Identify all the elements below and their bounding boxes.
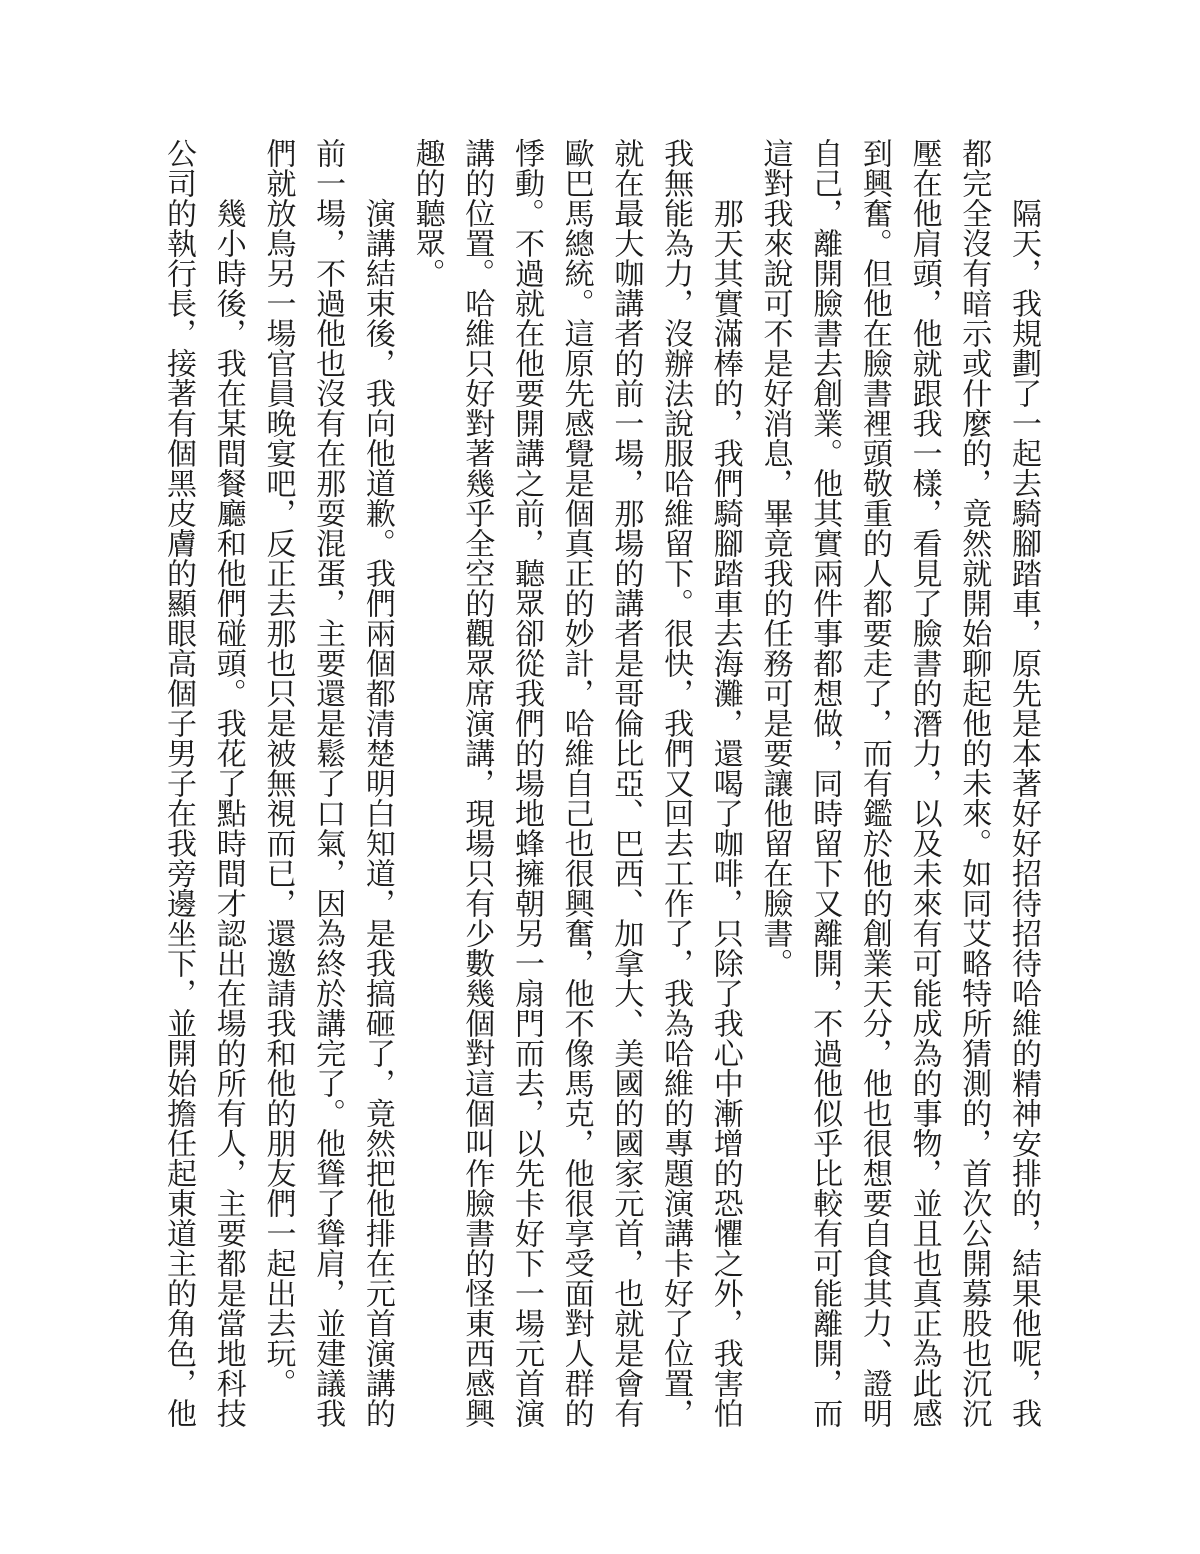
vertical-text-block: 隔天，我規劃了一起去騎腳踏車，原先是本著好好招待招待哈維的精神安排的，結果他呢，… xyxy=(152,138,1048,1432)
paragraph-1: 隔天，我規劃了一起去騎腳踏車，原先是本著好好招待招待哈維的精神安排的，結果他呢，… xyxy=(750,138,1048,1432)
paragraph-3: 演講結束後，我向他道歉。我們兩個都清楚明白知道，是我搞砸了，竟然把他排在元首演講… xyxy=(253,138,402,1432)
book-page: 隔天，我規劃了一起去騎腳踏車，原先是本著好好招待招待哈維的精神安排的，結果他呢，… xyxy=(0,0,1200,1554)
paragraph-2: 那天其實滿棒的，我們騎腳踏車去海灘，還喝了咖啡，只除了我心中漸增的恐懼之外，我害… xyxy=(402,138,750,1432)
paragraph-4: 幾小時後，我在某間餐廳和他們碰頭。我花了點時間才認出在場的所有人，主要都是當地科… xyxy=(153,138,252,1432)
